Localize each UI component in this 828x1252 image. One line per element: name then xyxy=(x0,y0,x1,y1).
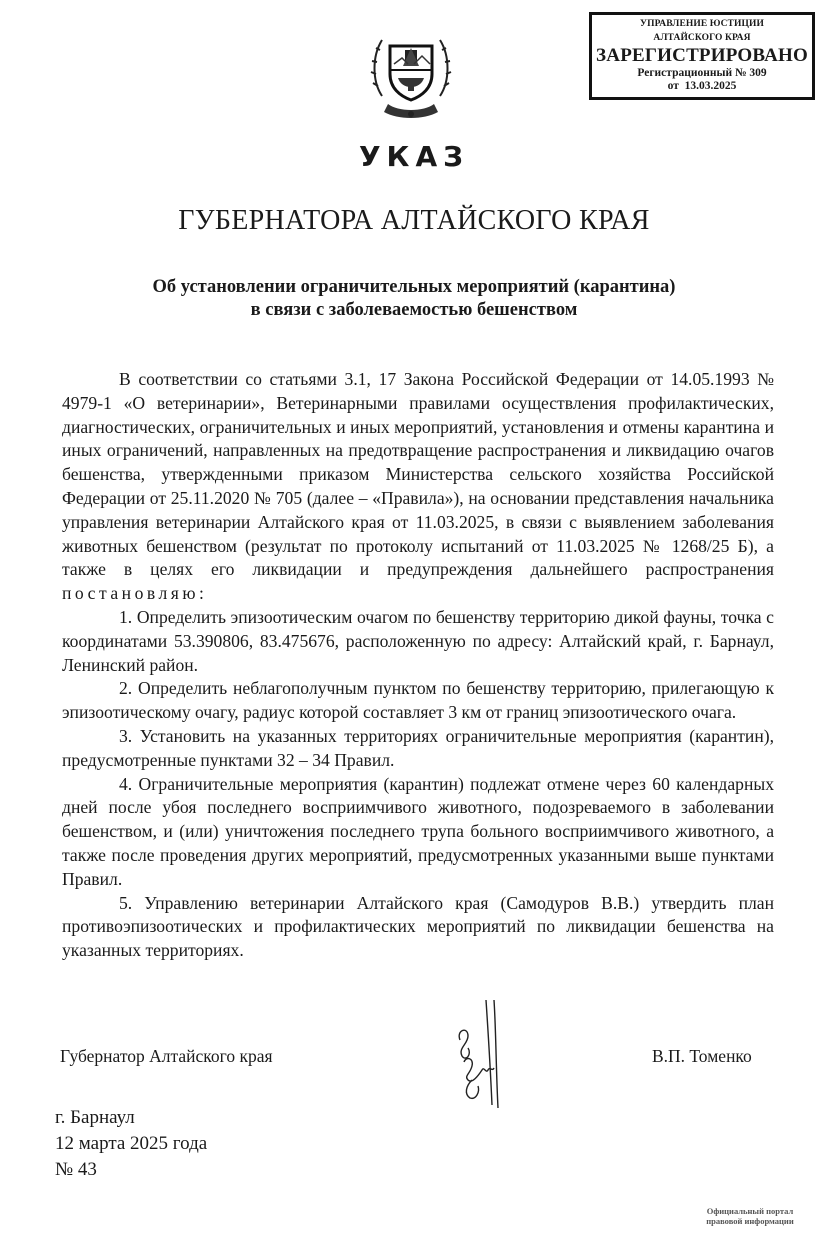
stamp-organization-line2: АЛТАЙСКОГО КРАЯ xyxy=(592,33,812,43)
signatory-name: В.П. Томенко xyxy=(652,1046,752,1067)
document-number: № 43 xyxy=(55,1157,207,1183)
portal-line-1: Официальный портал xyxy=(690,1206,810,1216)
document-body: В соответствии со статьями 3.1, 17 Закон… xyxy=(62,368,774,963)
issue-details: г. Барнаул 12 марта 2025 года № 43 xyxy=(55,1105,207,1183)
issue-city: г. Барнаул xyxy=(55,1105,207,1131)
registration-stamp: УПРАВЛЕНИЕ ЮСТИЦИИ АЛТАЙСКОГО КРАЯ ЗАРЕГ… xyxy=(589,12,815,100)
stamp-organization-line1: УПРАВЛЕНИЕ ЮСТИЦИИ xyxy=(592,19,812,29)
stamp-registration-date: от 13.03.2025 xyxy=(592,80,812,93)
item-5: 5. Управлению ветеринарии Алтайского кра… xyxy=(62,892,774,963)
portal-line-2: правовой информации xyxy=(690,1216,810,1226)
item-3: 3. Установить на указанных территориях о… xyxy=(62,725,774,773)
stamp-registration-number: Регистрационный № 309 xyxy=(592,67,812,80)
item-1: 1. Определить эпизоотическим очагом по б… xyxy=(62,606,774,677)
subject-line-1: Об установлении ограничительных мероприя… xyxy=(0,276,828,299)
document-type-title: УКАЗ xyxy=(0,140,828,173)
decree-word: постановляю: xyxy=(62,583,207,603)
portal-watermark: Официальный портал правовой информации xyxy=(690,1206,810,1226)
handwritten-signature-icon xyxy=(452,1000,532,1110)
item-4: 4. Ограничительные мероприятия (карантин… xyxy=(62,773,774,892)
item-2: 2. Определить неблагополучным пунктом по… xyxy=(62,677,774,725)
preamble: В соответствии со статьями 3.1, 17 Закон… xyxy=(62,368,774,606)
issue-date: 12 марта 2025 года xyxy=(55,1131,207,1157)
stamp-status: ЗАРЕГИСТРИРОВАНО xyxy=(592,45,812,67)
coat-of-arms-icon xyxy=(368,26,454,122)
subject-line-2: в связи с заболеваемостью бешенством xyxy=(0,299,828,322)
signatory-position: Губернатор Алтайского края xyxy=(60,1046,273,1067)
preamble-text: В соответствии со статьями 3.1, 17 Закон… xyxy=(62,369,774,579)
document-subject: Об установлении ограничительных мероприя… xyxy=(0,276,828,322)
issuer-title: ГУБЕРНАТОРА АЛТАЙСКОГО КРАЯ xyxy=(0,205,828,237)
